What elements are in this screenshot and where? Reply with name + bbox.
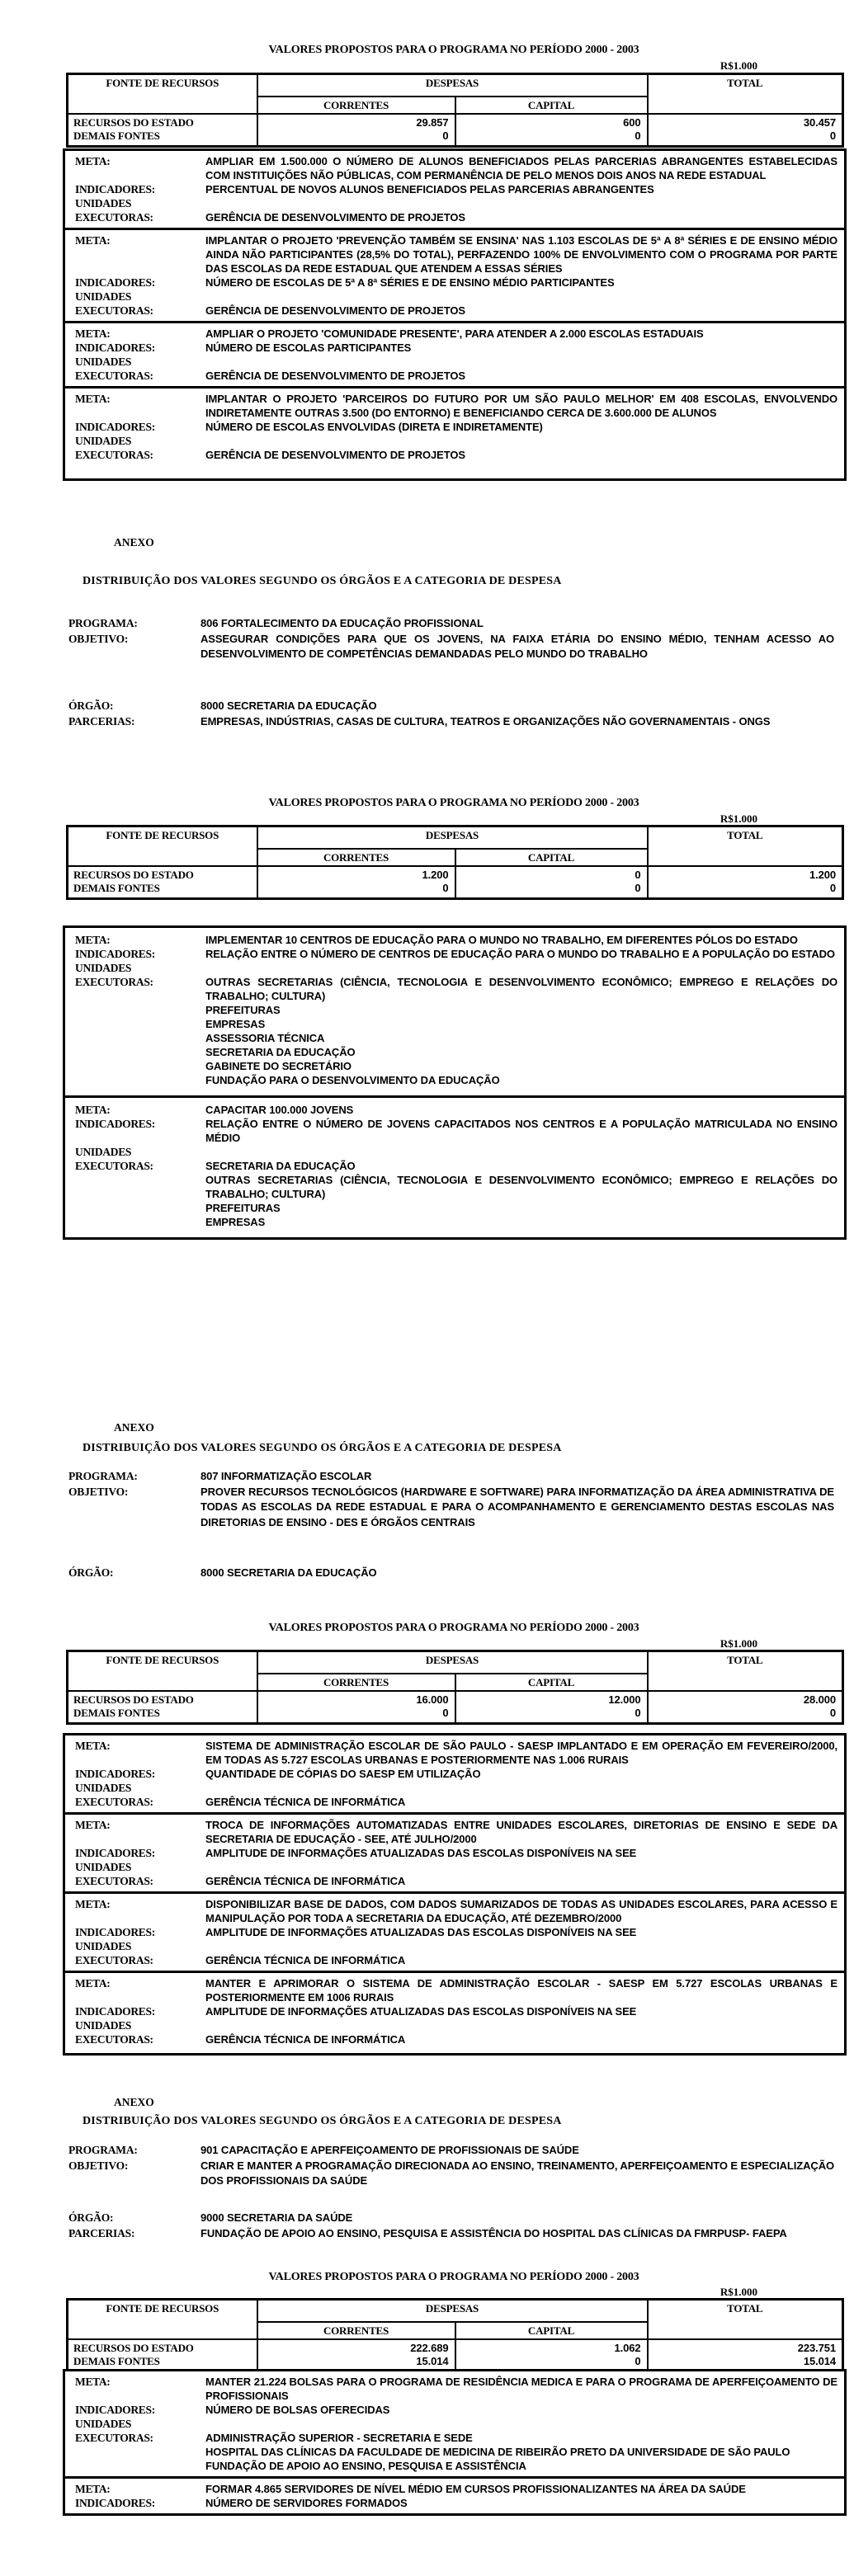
indicadores-subrow: INDICADORES:AMPLITUDE DE INFORMAÇÕES ATU… [65, 2004, 844, 2018]
col-header-total: TOTAL [648, 2300, 843, 2340]
indicadores-subrow: INDICADORES:AMPLITUDE DE INFORMAÇÕES ATU… [65, 1925, 844, 1939]
indicadores-subrow: INDICADORES:QUANTIDADE DE CÓPIAS DO SAES… [65, 1767, 844, 1781]
meta-subrow: META:MANTER E APRIMORAR O SISTEMA DE ADM… [65, 1976, 844, 2004]
unidades-label-line: UNIDADES [75, 1145, 205, 1159]
executoras-list: ADMINISTRAÇÃO SUPERIOR - SECRETARIA E SE… [205, 2431, 844, 2473]
col-header-correntes: CORRENTES [257, 849, 455, 866]
valores-table: FONTE DE RECURSOS DESPESAS TOTAL CORRENT… [66, 825, 844, 900]
executoras-subrow: UNIDADESEXECUTORAS:GERÊNCIA TÉCNICA DE I… [65, 1781, 844, 1809]
indicadores-text: QUANTIDADE DE CÓPIAS DO SAESP EM UTILIZA… [205, 1767, 844, 1781]
unidades-label-line: UNIDADES [75, 434, 205, 448]
distribuicao-title: DISTRIBUIÇÃO DOS VALORES SEGUNDO OS ÓRGÃ… [83, 575, 562, 588]
meta-text: DISPONIBILIZAR BASE DE DADOS, COM DADOS … [205, 1897, 844, 1925]
executoras-list: OUTRAS SECRETARIAS (CIÊNCIA, TECNOLOGIA … [205, 975, 844, 1087]
objetivo-row: OBJETIVO: ASSEGURAR CONDIÇÕES PARA QUE O… [68, 632, 837, 662]
fonte-cell: DEMAIS FONTES [68, 1707, 257, 1724]
executoras-subrow: UNIDADESEXECUTORAS:ADMINISTRAÇÃO SUPERIO… [65, 2417, 844, 2473]
valores-title: VALORES PROPOSTOS PARA O PROGRAMA NO PER… [66, 44, 842, 57]
meta-row: META:MANTER E APRIMORAR O SISTEMA DE ADM… [65, 1971, 844, 2053]
executoras-item: GERÊNCIA TÉCNICA DE INFORMÁTICA [205, 1795, 837, 1809]
unidades-label-line: UNIDADES [75, 290, 205, 304]
meta-row: META:AMPLIAR EM 1.500.000 O NÚMERO DE AL… [65, 151, 844, 228]
meta-text: MANTER E APRIMORAR O SISTEMA DE ADMINIST… [205, 1976, 844, 2004]
executoras-label-line: EXECUTORAS: [75, 304, 205, 318]
executoras-subrow: UNIDADESEXECUTORAS:SECRETARIA DA EDUCAÇÃ… [65, 1145, 844, 1229]
meta-row: META:MANTER 21.224 BOLSAS PARA O PROGRAM… [65, 2371, 844, 2476]
indicadores-label: INDICADORES: [65, 947, 205, 961]
objetivo-label: OBJETIVO: [68, 632, 201, 648]
meta-row: META:AMPLIAR O PROJETO 'COMUNIDADE PRESE… [65, 321, 844, 386]
meta-label: META: [65, 1976, 205, 1990]
meta-text: AMPLIAR O PROJETO 'COMUNIDADE PRESENTE',… [205, 327, 844, 341]
col-header-capital: CAPITAL [455, 2322, 648, 2339]
indicadores-text: PERCENTUAL DE NOVOS ALUNOS BENEFICIADOS … [205, 182, 844, 196]
orgao-label: ÓRGÃO: [68, 699, 201, 714]
orgao-parcerias-block: ÓRGÃO: 9000 SECRETARIA DA SAÚDE PARCERIA… [68, 2211, 837, 2241]
meta-text: IMPLANTAR O PROJETO 'PARCEIROS DO FUTURO… [205, 392, 844, 420]
parcerias-label: PARCERIAS: [68, 714, 201, 730]
col-header-despesas: DESPESAS [257, 1651, 648, 1674]
fonte-cell: RECURSOS DO ESTADO [68, 866, 257, 882]
indicadores-text: NÚMERO DE SERVIDORES FORMADOS [205, 2496, 844, 2510]
table-row: DEMAIS FONTES 0 0 0 [68, 882, 843, 899]
executoras-subrow: UNIDADESEXECUTORAS:GERÊNCIA DE DESENVOLV… [65, 196, 844, 224]
fonte-cell: DEMAIS FONTES [68, 882, 257, 899]
indicadores-text: NÚMERO DE ESCOLAS ENVOLVIDAS (DIRETA E I… [205, 420, 844, 434]
executoras-item: ASSESSORIA TÉCNICA [205, 1031, 837, 1045]
metas-table: META:AMPLIAR EM 1.500.000 O NÚMERO DE AL… [63, 148, 847, 481]
meta-subrow: META:TROCA DE INFORMAÇÕES AUTOMATIZADAS … [65, 1818, 844, 1846]
valores-title: VALORES PROPOSTOS PARA O PROGRAMA NO PER… [66, 2271, 842, 2284]
indicadores-label: INDICADORES: [65, 1846, 205, 1860]
executoras-item: GERÊNCIA TÉCNICA DE INFORMÁTICA [205, 2032, 837, 2046]
total-cell: 223.751 [648, 2339, 843, 2355]
unidades-label-line: UNIDADES [75, 961, 205, 975]
valores-table: FONTE DE RECURSOS DESPESAS TOTAL CORRENT… [66, 1650, 844, 1725]
orgao-row: ÓRGÃO: 9000 SECRETARIA DA SAÚDE [68, 2211, 837, 2226]
executoras-label-line: EXECUTORAS: [75, 975, 205, 989]
executoras-list: GERÊNCIA DE DESENVOLVIMENTO DE PROJETOS [205, 304, 844, 318]
meta-label: META: [65, 1739, 205, 1753]
orgao-block: ÓRGÃO: 8000 SECRETARIA DA EDUCAÇÃO [68, 1566, 837, 1581]
table-row: RECURSOS DO ESTADO 1.200 0 1.200 [68, 866, 843, 882]
col-header-total: TOTAL [648, 74, 843, 115]
executoras-label-line: EXECUTORAS: [75, 1159, 205, 1173]
indicadores-label: INDICADORES: [65, 182, 205, 196]
col-header-capital: CAPITAL [455, 97, 648, 114]
executoras-label: UNIDADESEXECUTORAS: [65, 1860, 205, 1888]
executoras-label: UNIDADESEXECUTORAS: [65, 1781, 205, 1809]
programa-label: PROGRAMA: [68, 1469, 201, 1485]
metas-table: META:MANTER 21.224 BOLSAS PARA O PROGRAM… [63, 2369, 847, 2516]
meta-subrow: META:MANTER 21.224 BOLSAS PARA O PROGRAM… [65, 2375, 844, 2403]
meta-label: META: [65, 392, 205, 406]
currency-label: R$1.000 [646, 812, 832, 826]
anexo-label: ANEXO [114, 2096, 154, 2109]
unidades-label-line: UNIDADES [75, 2018, 205, 2032]
indicadores-label: INDICADORES: [65, 275, 205, 290]
executoras-subrow: UNIDADESEXECUTORAS:GERÊNCIA DE DESENVOLV… [65, 434, 844, 462]
correntes-cell: 1.200 [257, 866, 455, 882]
objetivo-value: ASSEGURAR CONDIÇÕES PARA QUE OS JOVENS, … [201, 632, 837, 662]
executoras-item: GERÊNCIA DE DESENVOLVIMENTO DE PROJETOS [205, 210, 837, 224]
total-cell: 30.457 [648, 114, 843, 130]
capital-cell: 0 [455, 882, 648, 899]
orgao-row: ÓRGÃO: 8000 SECRETARIA DA EDUCAÇÃO [68, 699, 837, 714]
table-row: DEMAIS FONTES 0 0 0 [68, 130, 843, 147]
executoras-item: GABINETE DO SECRETÁRIO [205, 1059, 837, 1073]
programa-objetivo-block: PROGRAMA: 901 CAPACITAÇÃO E APERFEIÇOAME… [68, 2143, 837, 2189]
total-cell: 1.200 [648, 866, 843, 882]
orgao-label: ÓRGÃO: [68, 2211, 201, 2226]
executoras-item: GERÊNCIA DE DESENVOLVIMENTO DE PROJETOS [205, 369, 837, 383]
meta-text: IMPLANTAR O PROJETO 'PREVENÇÃO TAMBÉM SE… [205, 233, 844, 275]
executoras-label-line: EXECUTORAS: [75, 1795, 205, 1809]
executoras-item: OUTRAS SECRETARIAS (CIÊNCIA, TECNOLOGIA … [205, 1173, 837, 1201]
executoras-label: UNIDADESEXECUTORAS: [65, 290, 205, 318]
meta-subrow: META:CAPACITAR 100.000 JOVENS [65, 1103, 844, 1117]
executoras-label: UNIDADESEXECUTORAS: [65, 1939, 205, 1967]
scanned-document-page: VALORES PROPOSTOS PARA O PROGRAMA NO PER… [0, 0, 854, 2576]
meta-row: META:FORMAR 4.865 SERVIDORES DE NÍVEL MÉ… [65, 2476, 844, 2513]
col-header-fonte: FONTE DE RECURSOS [68, 1651, 257, 1692]
indicadores-label: INDICADORES: [65, 2403, 205, 2417]
programa-row: PROGRAMA: 807 INFORMATIZAÇÃO ESCOLAR [68, 1469, 837, 1485]
indicadores-subrow: INDICADORES:PERCENTUAL DE NOVOS ALUNOS B… [65, 182, 844, 196]
correntes-cell: 29.857 [257, 114, 455, 130]
executoras-item: GERÊNCIA DE DESENVOLVIMENTO DE PROJETOS [205, 304, 837, 318]
meta-text: AMPLIAR EM 1.500.000 O NÚMERO DE ALUNOS … [205, 154, 844, 182]
indicadores-subrow: INDICADORES:AMPLITUDE DE INFORMAÇÕES ATU… [65, 1846, 844, 1860]
executoras-label: UNIDADESEXECUTORAS: [65, 1145, 205, 1173]
unidades-label-line: UNIDADES [75, 1781, 205, 1795]
col-header-fonte: FONTE DE RECURSOS [68, 74, 257, 115]
executoras-label: UNIDADESEXECUTORAS: [65, 961, 205, 989]
executoras-list: GERÊNCIA TÉCNICA DE INFORMÁTICA [205, 1874, 844, 1888]
executoras-item: PREFEITURAS [205, 1003, 837, 1017]
parcerias-value: FUNDAÇÃO DE APOIO AO ENSINO, PESQUISA E … [201, 2226, 837, 2242]
executoras-list: GERÊNCIA TÉCNICA DE INFORMÁTICA [205, 1953, 844, 1967]
distribuicao-title: DISTRIBUIÇÃO DOS VALORES SEGUNDO OS ÓRGÃ… [83, 2115, 562, 2128]
executoras-label-line: EXECUTORAS: [75, 2431, 205, 2445]
executoras-item: SECRETARIA DA EDUCAÇÃO [205, 1159, 837, 1173]
table-row: RECURSOS DO ESTADO 16.000 12.000 28.000 [68, 1691, 843, 1707]
capital-cell: 1.062 [455, 2339, 648, 2355]
capital-cell: 600 [455, 114, 648, 130]
executoras-subrow: UNIDADESEXECUTORAS:GERÊNCIA TÉCNICA DE I… [65, 1939, 844, 1967]
parcerias-value: EMPRESAS, INDÚSTRIAS, CASAS DE CULTURA, … [201, 714, 837, 730]
meta-row: META:IMPLANTAR O PROJETO 'PARCEIROS DO F… [65, 386, 844, 478]
executoras-label-line: EXECUTORAS: [75, 210, 205, 224]
executoras-item: EMPRESAS [205, 1017, 837, 1031]
executoras-item: SECRETARIA DA EDUCAÇÃO [205, 1045, 837, 1059]
indicadores-subrow: INDICADORES:NÚMERO DE BOLSAS OFERECIDAS [65, 2403, 844, 2417]
meta-subrow: META:AMPLIAR O PROJETO 'COMUNIDADE PRESE… [65, 327, 844, 341]
executoras-list: SECRETARIA DA EDUCAÇÃOOUTRAS SECRETARIAS… [205, 1159, 844, 1229]
executoras-item: ADMINISTRAÇÃO SUPERIOR - SECRETARIA E SE… [205, 2431, 837, 2445]
indicadores-text: NÚMERO DE BOLSAS OFERECIDAS [205, 2403, 844, 2417]
indicadores-text: NÚMERO DE ESCOLAS DE 5ª A 8ª SÉRIES E DE… [205, 275, 844, 290]
meta-text: SISTEMA DE ADMINISTRAÇÃO ESCOLAR DE SÃO … [205, 1739, 844, 1767]
objetivo-row: OBJETIVO: PROVER RECURSOS TECNOLÓGICOS (… [68, 1485, 837, 1531]
executoras-subrow: UNIDADESEXECUTORAS:GERÊNCIA DE DESENVOLV… [65, 290, 844, 318]
executoras-item: OUTRAS SECRETARIAS (CIÊNCIA, TECNOLOGIA … [205, 975, 837, 1003]
indicadores-label: INDICADORES: [65, 1767, 205, 1781]
indicadores-label: INDICADORES: [65, 2496, 205, 2510]
capital-cell: 0 [455, 1707, 648, 1724]
executoras-list: GERÊNCIA DE DESENVOLVIMENTO DE PROJETOS [205, 448, 844, 462]
executoras-item: FUNDAÇÃO PARA O DESENVOLVIMENTO DA EDUCA… [205, 1073, 837, 1087]
meta-subrow: META:SISTEMA DE ADMINISTRAÇÃO ESCOLAR DE… [65, 1739, 844, 1767]
executoras-label-line: EXECUTORAS: [75, 369, 205, 383]
col-header-correntes: CORRENTES [257, 97, 455, 114]
executoras-label-line: EXECUTORAS: [75, 448, 205, 462]
meta-text: TROCA DE INFORMAÇÕES AUTOMATIZADAS ENTRE… [205, 1818, 844, 1846]
indicadores-text: AMPLITUDE DE INFORMAÇÕES ATUALIZADAS DAS… [205, 1846, 844, 1860]
table-row: DEMAIS FONTES 0 0 0 [68, 1707, 843, 1724]
indicadores-label: INDICADORES: [65, 341, 205, 355]
parcerias-label: PARCERIAS: [68, 2226, 201, 2242]
executoras-subrow: UNIDADESEXECUTORAS:OUTRAS SECRETARIAS (C… [65, 961, 844, 1087]
orgao-parcerias-block: ÓRGÃO: 8000 SECRETARIA DA EDUCAÇÃO PARCE… [68, 699, 837, 729]
executoras-label: UNIDADESEXECUTORAS: [65, 434, 205, 462]
meta-text: FORMAR 4.865 SERVIDORES DE NÍVEL MÉDIO E… [205, 2482, 844, 2496]
fonte-cell: RECURSOS DO ESTADO [68, 1691, 257, 1707]
objetivo-label: OBJETIVO: [68, 2159, 201, 2174]
meta-label: META: [65, 1103, 205, 1117]
anexo-label: ANEXO [114, 536, 154, 549]
meta-row: META:DISPONIBILIZAR BASE DE DADOS, COM D… [65, 1891, 844, 1971]
objetivo-row: OBJETIVO: CRIAR E MANTER A PROGRAMAÇÃO D… [68, 2159, 837, 2189]
executoras-subrow: UNIDADESEXECUTORAS:GERÊNCIA DE DESENVOLV… [65, 355, 844, 383]
currency-label: R$1.000 [646, 1637, 832, 1651]
metas-table: META:IMPLEMENTAR 10 CENTROS DE EDUCAÇÃO … [63, 925, 847, 1240]
executoras-label-line: EXECUTORAS: [75, 1874, 205, 1888]
correntes-cell: 0 [257, 1707, 455, 1724]
executoras-label: UNIDADESEXECUTORAS: [65, 2018, 205, 2046]
indicadores-subrow: INDICADORES:NÚMERO DE SERVIDORES FORMADO… [65, 2496, 844, 2510]
meta-subrow: META:FORMAR 4.865 SERVIDORES DE NÍVEL MÉ… [65, 2482, 844, 2496]
col-header-despesas: DESPESAS [257, 2300, 648, 2323]
correntes-cell: 222.689 [257, 2339, 455, 2355]
unidades-label-line: UNIDADES [75, 1860, 205, 1874]
indicadores-subrow: INDICADORES:NÚMERO DE ESCOLAS DE 5ª A 8ª… [65, 275, 844, 290]
orgao-value: 8000 SECRETARIA DA EDUCAÇÃO [201, 699, 837, 714]
meta-label: META: [65, 1897, 205, 1911]
meta-label: META: [65, 154, 205, 168]
indicadores-label: INDICADORES: [65, 420, 205, 434]
fonte-cell: DEMAIS FONTES [68, 130, 257, 147]
indicadores-label: INDICADORES: [65, 2004, 205, 2018]
anexo-label: ANEXO [114, 1421, 154, 1434]
programa-row: PROGRAMA: 806 FORTALECIMENTO DA EDUCAÇÃO… [68, 616, 837, 632]
executoras-label: UNIDADESEXECUTORAS: [65, 355, 205, 383]
meta-subrow: META:IMPLANTAR O PROJETO 'PREVENÇÃO TAMB… [65, 233, 844, 275]
capital-cell: 0 [455, 866, 648, 882]
valores-title: VALORES PROPOSTOS PARA O PROGRAMA NO PER… [66, 1622, 842, 1635]
meta-subrow: META:IMPLEMENTAR 10 CENTROS DE EDUCAÇÃO … [65, 933, 844, 947]
capital-cell: 0 [455, 130, 648, 147]
indicadores-subrow: INDICADORES:RELAÇÃO ENTRE O NÚMERO DE JO… [65, 1117, 844, 1145]
total-cell: 0 [648, 130, 843, 147]
indicadores-label: INDICADORES: [65, 1925, 205, 1939]
executoras-subrow: UNIDADESEXECUTORAS:GERÊNCIA TÉCNICA DE I… [65, 1860, 844, 1888]
meta-label: META: [65, 1818, 205, 1832]
meta-row: META:TROCA DE INFORMAÇÕES AUTOMATIZADAS … [65, 1812, 844, 1891]
valores-table: FONTE DE RECURSOS DESPESAS TOTAL CORRENT… [66, 2298, 844, 2373]
executoras-list: GERÊNCIA DE DESENVOLVIMENTO DE PROJETOS [205, 210, 844, 224]
objetivo-label: OBJETIVO: [68, 1485, 201, 1500]
executoras-subrow: UNIDADESEXECUTORAS:GERÊNCIA TÉCNICA DE I… [65, 2018, 844, 2046]
orgao-row: ÓRGÃO: 8000 SECRETARIA DA EDUCAÇÃO [68, 1566, 837, 1581]
executoras-item: GERÊNCIA DE DESENVOLVIMENTO DE PROJETOS [205, 448, 837, 462]
orgao-value: 9000 SECRETARIA DA SAÚDE [201, 2211, 837, 2226]
programa-value: 901 CAPACITAÇÃO E APERFEIÇOAMENTO DE PRO… [201, 2143, 837, 2159]
indicadores-text: RELAÇÃO ENTRE O NÚMERO DE CENTROS DE EDU… [205, 947, 844, 961]
col-header-correntes: CORRENTES [257, 2322, 455, 2339]
unidades-label-line: UNIDADES [75, 2417, 205, 2431]
meta-label: META: [65, 933, 205, 947]
meta-text: IMPLEMENTAR 10 CENTROS DE EDUCAÇÃO PARA … [205, 933, 844, 947]
programa-value: 807 INFORMATIZAÇÃO ESCOLAR [201, 1469, 837, 1485]
unidades-label-line: UNIDADES [75, 196, 205, 210]
col-header-fonte: FONTE DE RECURSOS [68, 826, 257, 867]
fonte-cell: RECURSOS DO ESTADO [68, 114, 257, 130]
executoras-list: GERÊNCIA TÉCNICA DE INFORMÁTICA [205, 2032, 844, 2046]
meta-subrow: META:IMPLANTAR O PROJETO 'PARCEIROS DO F… [65, 392, 844, 420]
col-header-despesas: DESPESAS [257, 826, 648, 850]
indicadores-text: AMPLITUDE DE INFORMAÇÕES ATUALIZADAS DAS… [205, 1925, 844, 1939]
total-cell: 0 [648, 882, 843, 899]
col-header-capital: CAPITAL [455, 849, 648, 866]
executoras-item: FUNDAÇÃO DE APOIO AO ENSINO, PESQUISA E … [205, 2459, 837, 2473]
executoras-item: HOSPITAL DAS CLÍNICAS DA FACULDADE DE ME… [205, 2445, 837, 2459]
valores-table: FONTE DE RECURSOS DESPESAS TOTAL CORRENT… [66, 73, 844, 148]
executoras-list: GERÊNCIA TÉCNICA DE INFORMÁTICA [205, 1795, 844, 1809]
programa-objetivo-block: PROGRAMA: 807 INFORMATIZAÇÃO ESCOLAR OBJ… [68, 1469, 837, 1530]
executoras-item: GERÊNCIA TÉCNICA DE INFORMÁTICA [205, 1874, 837, 1888]
parcerias-row: PARCERIAS: EMPRESAS, INDÚSTRIAS, CASAS D… [68, 714, 837, 730]
correntes-cell: 16.000 [257, 1691, 455, 1707]
executoras-label: UNIDADESEXECUTORAS: [65, 196, 205, 224]
meta-row: META:IMPLANTAR O PROJETO 'PREVENÇÃO TAMB… [65, 228, 844, 321]
currency-label: R$1.000 [646, 59, 832, 73]
objetivo-value: CRIAR E MANTER A PROGRAMAÇÃO DIRECIONADA… [201, 2159, 837, 2189]
executoras-label-line: EXECUTORAS: [75, 1953, 205, 1967]
fonte-cell: RECURSOS DO ESTADO [68, 2339, 257, 2355]
indicadores-subrow: INDICADORES:NÚMERO DE ESCOLAS PARTICIPAN… [65, 341, 844, 355]
objetivo-value: PROVER RECURSOS TECNOLÓGICOS (HARDWARE E… [201, 1485, 837, 1531]
orgao-label: ÓRGÃO: [68, 1566, 201, 1581]
unidades-label-line: UNIDADES [75, 355, 205, 369]
table-row: RECURSOS DO ESTADO 29.857 600 30.457 [68, 114, 843, 130]
meta-row: META:SISTEMA DE ADMINISTRAÇÃO ESCOLAR DE… [65, 1735, 844, 1812]
col-header-despesas: DESPESAS [257, 74, 648, 97]
valores-title: VALORES PROPOSTOS PARA O PROGRAMA NO PER… [66, 797, 842, 810]
meta-subrow: META:AMPLIAR EM 1.500.000 O NÚMERO DE AL… [65, 154, 844, 182]
executoras-item: EMPRESAS [205, 1215, 837, 1229]
meta-label: META: [65, 2375, 205, 2389]
col-header-total: TOTAL [648, 1651, 843, 1692]
col-header-capital: CAPITAL [455, 1674, 648, 1691]
currency-label: R$1.000 [646, 2286, 832, 2299]
executoras-list: GERÊNCIA DE DESENVOLVIMENTO DE PROJETOS [205, 369, 844, 383]
total-cell: 0 [648, 1707, 843, 1724]
indicadores-text: AMPLITUDE DE INFORMAÇÕES ATUALIZADAS DAS… [205, 2004, 844, 2018]
executoras-item: PREFEITURAS [205, 1201, 837, 1215]
col-header-total: TOTAL [648, 826, 843, 867]
programa-row: PROGRAMA: 901 CAPACITAÇÃO E APERFEIÇOAME… [68, 2143, 837, 2159]
meta-label: META: [65, 2482, 205, 2496]
correntes-cell: 0 [257, 882, 455, 899]
meta-row: META:IMPLEMENTAR 10 CENTROS DE EDUCAÇÃO … [65, 928, 844, 1095]
indicadores-subrow: INDICADORES:NÚMERO DE ESCOLAS ENVOLVIDAS… [65, 420, 844, 434]
parcerias-row: PARCERIAS: FUNDAÇÃO DE APOIO AO ENSINO, … [68, 2226, 837, 2242]
indicadores-label: INDICADORES: [65, 1117, 205, 1131]
unidades-label-line: UNIDADES [75, 1939, 205, 1953]
meta-row: META:CAPACITAR 100.000 JOVENSINDICADORES… [65, 1095, 844, 1237]
indicadores-subrow: INDICADORES:RELAÇÃO ENTRE O NÚMERO DE CE… [65, 947, 844, 961]
programa-label: PROGRAMA: [68, 2143, 201, 2159]
indicadores-text: NÚMERO DE ESCOLAS PARTICIPANTES [205, 341, 844, 355]
programa-objetivo-block: PROGRAMA: 806 FORTALECIMENTO DA EDUCAÇÃO… [68, 616, 837, 662]
distribuicao-title: DISTRIBUIÇÃO DOS VALORES SEGUNDO OS ÓRGÃ… [83, 1442, 562, 1455]
table-row: RECURSOS DO ESTADO 222.689 1.062 223.751 [68, 2339, 843, 2355]
metas-table: META:SISTEMA DE ADMINISTRAÇÃO ESCOLAR DE… [63, 1733, 847, 2056]
programa-value: 806 FORTALECIMENTO DA EDUCAÇÃO PROFISSIO… [201, 616, 837, 632]
capital-cell: 12.000 [455, 1691, 648, 1707]
orgao-value: 8000 SECRETARIA DA EDUCAÇÃO [201, 1566, 837, 1581]
meta-label: META: [65, 327, 205, 341]
total-cell: 28.000 [648, 1691, 843, 1707]
executoras-label: UNIDADESEXECUTORAS: [65, 2417, 205, 2445]
meta-subrow: META:DISPONIBILIZAR BASE DE DADOS, COM D… [65, 1897, 844, 1925]
meta-text: MANTER 21.224 BOLSAS PARA O PROGRAMA DE … [205, 2375, 844, 2403]
executoras-item: GERÊNCIA TÉCNICA DE INFORMÁTICA [205, 1953, 837, 1967]
col-header-correntes: CORRENTES [257, 1674, 455, 1691]
executoras-label-line: EXECUTORAS: [75, 2032, 205, 2046]
meta-label: META: [65, 233, 205, 247]
col-header-fonte: FONTE DE RECURSOS [68, 2300, 257, 2340]
indicadores-text: RELAÇÃO ENTRE O NÚMERO DE JOVENS CAPACIT… [205, 1117, 844, 1145]
meta-text: CAPACITAR 100.000 JOVENS [205, 1103, 844, 1117]
programa-label: PROGRAMA: [68, 616, 201, 632]
correntes-cell: 0 [257, 130, 455, 147]
